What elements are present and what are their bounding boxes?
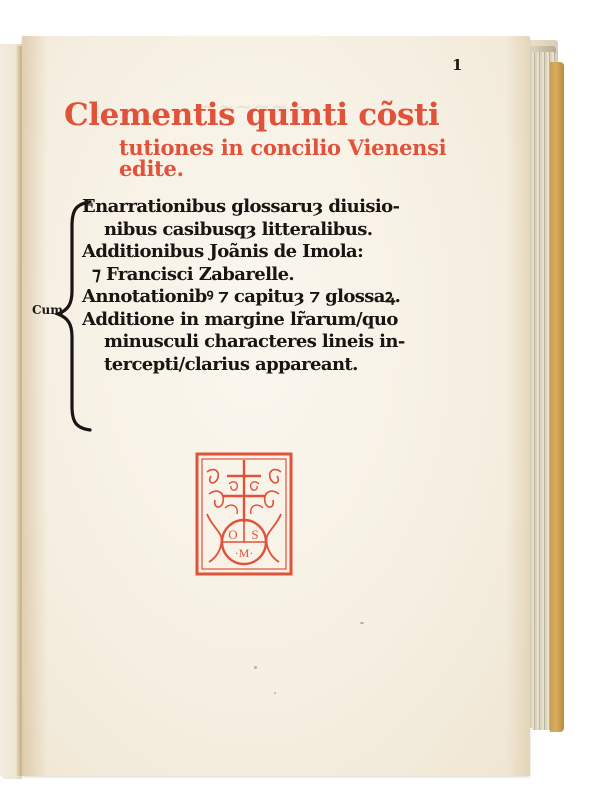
body-line: ⁊ Francisci Zabarelle.: [82, 264, 462, 287]
body-line: nibus casibusqȝ litteralibus.: [82, 219, 462, 242]
folio-number: 1: [452, 56, 462, 74]
title-line-1: Clementis quinti cõsti: [64, 100, 504, 131]
body-line: Annotationibꝰ ⁊ capituȝ ⁊ glossaꝝ.: [82, 286, 462, 309]
body-line: minusculi characteres lineis in-: [82, 331, 462, 354]
device-letter-s: S: [251, 527, 258, 542]
body-line: tercepti/clarius appareant.: [82, 354, 462, 377]
foxing-spot: [360, 622, 364, 624]
device-letter-o: O: [228, 527, 237, 542]
foxing-spot: [254, 666, 257, 669]
book-photo: 1 ~~~~~~ Clementis quinti cõsti tutiones…: [0, 0, 600, 791]
title-rubric: Clementis quinti cõsti tutiones in conci…: [64, 100, 504, 179]
body-line: Enarrationibus glossaruȝ diuisio-: [82, 196, 462, 219]
body-line: Additionibus Joãnis de Imola:: [82, 241, 462, 264]
title-line-2: tutiones in concilio Vienensi edite.: [119, 137, 504, 179]
book-cover-edge: [550, 62, 564, 732]
title-body-text: Enarrationibus glossaruȝ diuisio- nibus …: [82, 196, 462, 376]
foxing-spot: [274, 692, 276, 694]
printer-device-icon: O S ·M·: [195, 452, 293, 576]
title-page: 1 ~~~~~~ Clementis quinti cõsti tutiones…: [22, 36, 530, 776]
device-letter-m: ·M·: [235, 546, 254, 560]
body-line: Additione in margine lr̃arum/quo: [82, 309, 462, 332]
